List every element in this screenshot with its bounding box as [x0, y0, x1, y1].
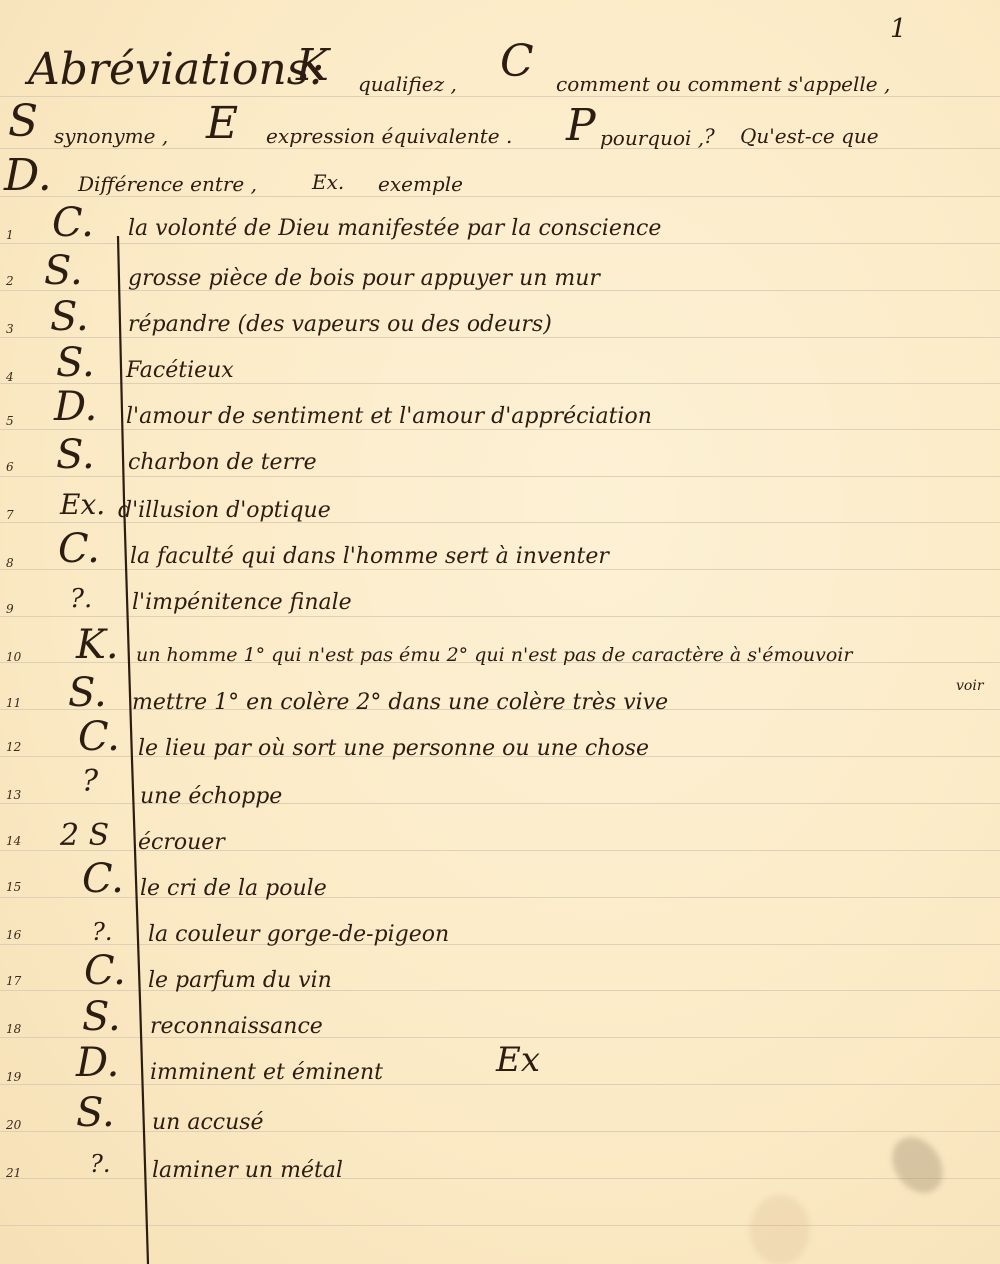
entry-code: S. [50, 294, 89, 340]
line-number: 16 [6, 928, 21, 942]
ruled-line [0, 337, 1000, 338]
ruled-line [0, 1225, 1000, 1226]
entry-code: S. [68, 670, 107, 716]
ruled-line [0, 243, 1000, 244]
line-number: 21 [6, 1166, 21, 1180]
line-number: 14 [6, 834, 21, 848]
line-number: 12 [6, 740, 21, 754]
entry-code: ?. [90, 1150, 111, 1178]
entry-code: C. [84, 948, 126, 994]
entry-code: S. [56, 340, 95, 386]
ruled-line [0, 383, 1000, 384]
notebook-page: 1 Abréviations: K qualifiez , C comment … [0, 0, 1000, 1264]
wrap-note: voir [956, 678, 984, 694]
abbr-meaning-c: comment ou comment s'appelle , [556, 72, 890, 96]
entry-code: S. [76, 1090, 115, 1136]
abbr-code-p: P [566, 100, 596, 151]
entry-text: le lieu par où sort une personne ou une … [138, 736, 649, 761]
line-number: 15 [6, 880, 21, 894]
entry-code: S. [82, 994, 121, 1040]
entry-text: la faculté qui dans l'homme sert à inven… [130, 544, 609, 569]
entry-code: S. [56, 432, 95, 478]
entry-text: Facétieux [126, 358, 234, 383]
entry-text: le cri de la poule [140, 876, 327, 901]
line-number: 2 [6, 274, 14, 288]
entry-text: écrouer [138, 830, 225, 855]
abbr-meaning-e: expression équivalente . [266, 124, 512, 148]
entry-code: C. [78, 714, 120, 760]
ruled-line [0, 429, 1000, 430]
line-number: 1 [6, 228, 14, 242]
entry-code: ?. [92, 918, 113, 946]
line-number: 20 [6, 1118, 21, 1132]
entry-code: S. [44, 248, 83, 294]
entry-text: grosse pièce de bois pour appuyer un mur [128, 266, 600, 291]
page-title: Abréviations: [28, 44, 324, 95]
line-number: 13 [6, 788, 21, 802]
entry-text: la volonté de Dieu manifestée par la con… [128, 216, 661, 241]
entry-code: 2 S [60, 818, 109, 853]
ruled-line [0, 616, 1000, 617]
entry-text: imminent et éminent [150, 1060, 383, 1085]
abbr-meaning-question: Qu'est-ce que [740, 124, 879, 148]
abbr-meaning-d: Différence entre , [78, 172, 257, 196]
entry-code: ? [82, 764, 98, 799]
ruled-line [0, 1178, 1000, 1179]
ruled-line [0, 569, 1000, 570]
line-number: 17 [6, 974, 21, 988]
entry-code: C. [52, 200, 94, 246]
entry-text: charbon de terre [128, 450, 317, 475]
abbr-code-ex: Ex. [312, 170, 344, 194]
line-number: 5 [6, 414, 14, 428]
entry-code: D. [76, 1040, 119, 1086]
entry-code: C. [82, 856, 124, 902]
paper-stain [750, 1195, 810, 1264]
entry-code: ?. [70, 584, 92, 614]
entry-text: d'illusion d'optique [118, 498, 331, 523]
entry-text: l'amour de sentiment et l'amour d'appréc… [126, 404, 652, 429]
abbr-code-d: D. [4, 150, 52, 201]
line-number: 11 [6, 696, 21, 710]
ruled-line [0, 1131, 1000, 1132]
abbr-code-k: K [296, 40, 329, 91]
entry-text: la couleur gorge-de-pigeon [148, 922, 449, 947]
entry-text: le parfum du vin [148, 968, 332, 993]
abbr-code-e: E [206, 98, 238, 149]
entry-code: C. [58, 526, 100, 572]
ink-smudge [882, 1128, 953, 1203]
ruled-line [0, 148, 1000, 149]
line-number: 8 [6, 556, 14, 570]
abbr-meaning-s: synonyme , [54, 124, 168, 148]
line-number: 7 [6, 508, 14, 522]
entry-text: un accusé [152, 1110, 264, 1135]
entry-text: répandre (des vapeurs ou des odeurs) [128, 312, 552, 337]
ruled-line [0, 476, 1000, 477]
abbr-meaning-ex: exemple [378, 172, 463, 196]
entry-text: une échoppe [140, 784, 282, 809]
line-number: 18 [6, 1022, 21, 1036]
entry-text: laminer un métal [152, 1158, 343, 1183]
ruled-line [0, 196, 1000, 197]
line-number: 4 [6, 370, 14, 384]
line-number: 6 [6, 460, 14, 474]
page-number: 1 [890, 14, 907, 44]
example-marker: Ex [496, 1040, 540, 1080]
abbr-meaning-k: qualifiez , [358, 72, 457, 96]
abbr-meaning-p: pourquoi , [600, 126, 704, 150]
entry-code: Ex. [60, 488, 105, 521]
abbr-code-question: ? [704, 124, 715, 148]
abbr-code-s: S [8, 96, 38, 147]
entry-text: reconnaissance [150, 1014, 323, 1039]
entry-code: D. [54, 384, 97, 430]
line-number: 9 [6, 602, 14, 616]
entry-text: un homme 1° qui n'est pas ému 2° qui n'e… [136, 644, 852, 666]
abbr-code-c: C [500, 36, 534, 87]
line-number: 19 [6, 1070, 21, 1084]
line-number: 10 [6, 650, 21, 664]
entry-code: K. [76, 622, 119, 668]
entry-text: l'impénitence finale [132, 590, 352, 615]
ruled-line [0, 96, 1000, 97]
entry-text: mettre 1° en colère 2° dans une colère t… [132, 690, 668, 715]
line-number: 3 [6, 322, 14, 336]
